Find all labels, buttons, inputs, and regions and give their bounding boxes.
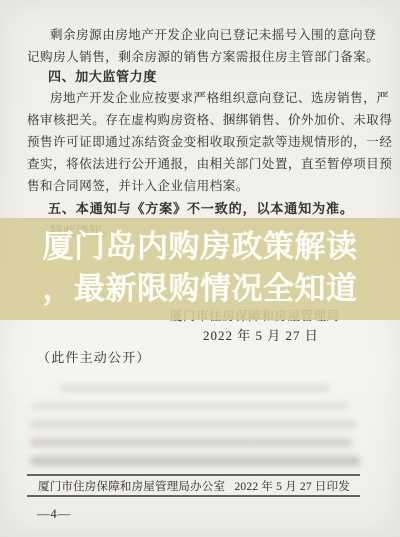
bleed-through-line xyxy=(30,402,350,410)
footer-rule-bottom xyxy=(27,495,360,497)
overlay-title-banner: 厦门岛内购房政策解读 ，最新限购情况全知道 xyxy=(0,218,400,320)
body-line: 预售许可证即通过冻结资金变相收取预定款等违规情形的，一经 xyxy=(27,132,392,150)
overlay-title-line2: ，最新限购情况全知道 xyxy=(43,268,358,310)
overlay-title-line1: 厦门岛内购房政策解读 xyxy=(43,226,358,268)
body-line: 剩余房源由房地产开发企业向已登记未摇号入围的意向登 xyxy=(50,25,376,43)
body-line: 售和合同网签，并计入企业信用档案。 xyxy=(27,176,249,194)
bleed-through-line xyxy=(30,438,352,447)
disclosure-note: （此件主动公开） xyxy=(37,347,151,366)
section-heading-5: 五、本通知与《方案》不一致的，以本通知为准。 xyxy=(48,198,354,217)
footer-office: 厦门市住房保障和房屋管理局办公室 xyxy=(38,478,225,494)
body-line: 房地产开发企业应按要求严格组织意向登记、选房销售，严 xyxy=(50,88,389,106)
body-line: 记购房人销售，剩余房源的销售方案需报住房主管部门备案。 xyxy=(27,47,379,65)
body-line: 格审核把关。存在虚构购房资格、捆绑销售、价外加价、未取得 xyxy=(27,110,392,128)
footer-print-date: 2022 年 5 月 27 日印发 xyxy=(234,478,350,494)
section-heading-4: 四、加大监管力度 xyxy=(48,66,157,85)
body-line: 查实，将依法进行公开通报，由相关部门处置，直至暂停项目预 xyxy=(27,154,392,172)
document-photo: 剩余房源由房地产开发企业向已登记未摇号入围的意向登 记购房人销售，剩余房源的销售… xyxy=(0,0,400,537)
bleed-through-line xyxy=(30,420,356,429)
bleed-through-line xyxy=(60,385,330,392)
page-number: —4— xyxy=(37,507,71,522)
footer-rule-top xyxy=(27,474,360,476)
bleed-through-line xyxy=(30,456,360,466)
issue-date: 2022 年 5 月 27 日 xyxy=(203,325,319,344)
